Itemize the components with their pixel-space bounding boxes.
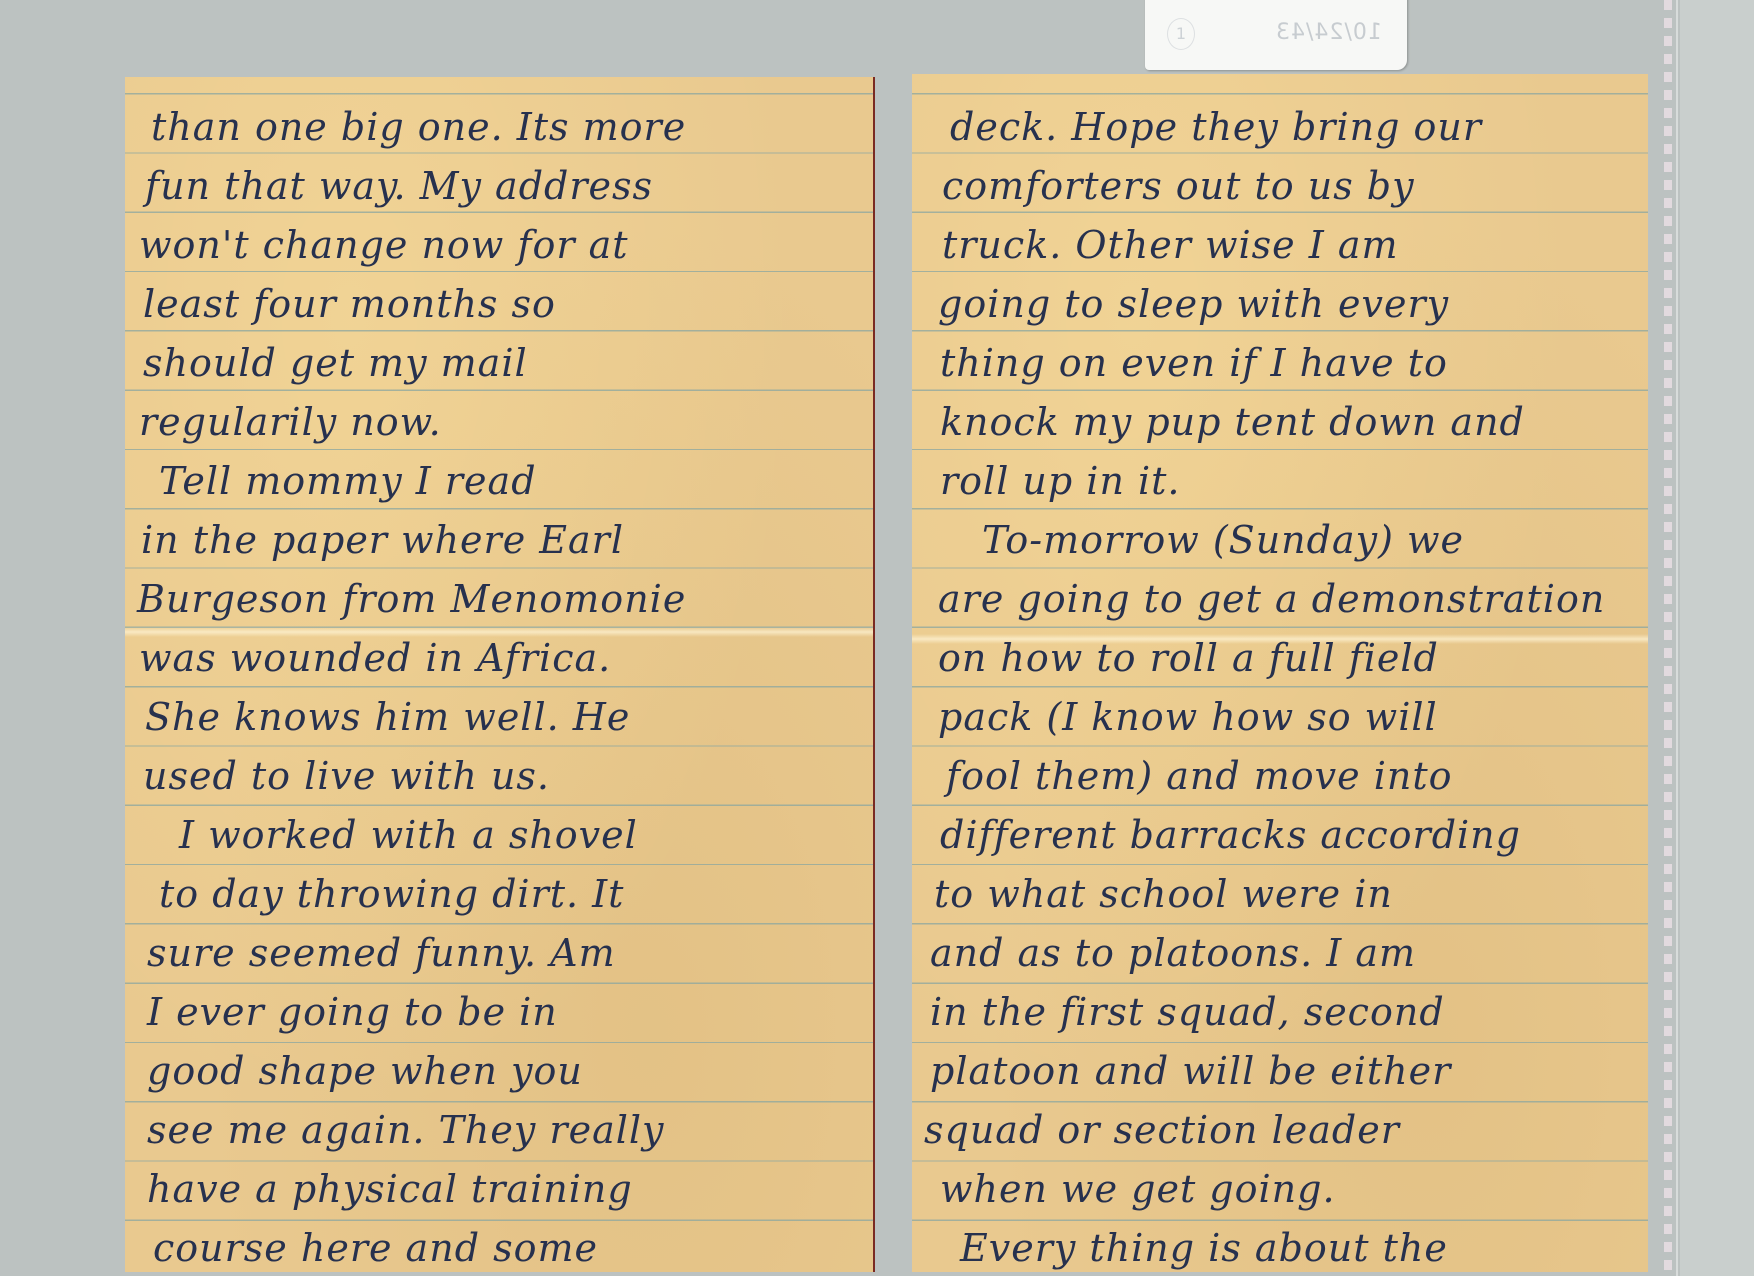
sleeve-edge bbox=[1676, 0, 1678, 1276]
letter-page-left: than one big one. Its more fun that way.… bbox=[125, 77, 875, 1272]
text-line: Tell mommy I read bbox=[159, 452, 537, 511]
text-line: deck. Hope they bring our bbox=[950, 98, 1482, 157]
text-line: I ever going to be in bbox=[147, 983, 558, 1042]
text-line: thing on even if I have to bbox=[940, 334, 1448, 393]
label-date-bleedthrough: 10/24/43 bbox=[1275, 20, 1382, 45]
text-line: see me again. They really bbox=[147, 1101, 665, 1160]
text-line: pack (I know how so will bbox=[938, 688, 1438, 747]
archive-label: 1 10/24/43 bbox=[1145, 0, 1407, 70]
handwritten-text-left: than one big one. Its more fun that way.… bbox=[125, 77, 873, 1272]
text-line: when we get going. bbox=[940, 1160, 1336, 1219]
text-line: in the paper where Earl bbox=[141, 511, 624, 570]
text-line: and as to platoons. I am bbox=[930, 924, 1416, 983]
text-line: going to sleep with every bbox=[938, 275, 1449, 334]
label-number-circle: 1 bbox=[1167, 18, 1195, 50]
sleeve-perforation bbox=[1664, 0, 1672, 1276]
text-line: comforters out to us by bbox=[942, 157, 1415, 216]
text-line: to day throwing dirt. It bbox=[159, 865, 624, 924]
text-line: truck. Other wise I am bbox=[942, 216, 1399, 275]
text-line: She knows him well. He bbox=[145, 688, 630, 747]
text-line: knock my pup tent down and bbox=[940, 393, 1525, 452]
text-line: to what school were in bbox=[934, 865, 1393, 924]
text-line: least four months so bbox=[143, 275, 556, 334]
text-line: are going to get a demonstration bbox=[938, 570, 1605, 629]
handwritten-text-right: deck. Hope they bring our comforters out… bbox=[912, 74, 1648, 1272]
text-line: To-morrow (Sunday) we bbox=[982, 511, 1464, 570]
text-line: should get my mail bbox=[143, 334, 528, 393]
text-line: than one big one. Its more bbox=[151, 98, 686, 157]
text-line: fool them) and move into bbox=[946, 747, 1452, 806]
text-line: used to live with us. bbox=[143, 747, 550, 806]
text-line: won't change now for at bbox=[139, 216, 629, 275]
text-line: have a physical training bbox=[147, 1160, 633, 1219]
text-line: Burgeson from Menomonie bbox=[137, 570, 686, 629]
text-line: Every thing is about the bbox=[960, 1219, 1448, 1272]
text-line: different barracks according bbox=[940, 806, 1521, 865]
text-line: sure seemed funny. Am bbox=[147, 924, 616, 983]
text-line: fun that way. My address bbox=[145, 157, 653, 216]
text-line: squad or section leader bbox=[924, 1101, 1400, 1160]
text-line: regularily now. bbox=[139, 393, 442, 452]
text-line: roll up in it. bbox=[940, 452, 1181, 511]
text-line: good shape when you bbox=[147, 1042, 583, 1101]
text-line: on how to roll a full field bbox=[938, 629, 1439, 688]
letter-page-right: deck. Hope they bring our comforters out… bbox=[912, 74, 1648, 1272]
text-line: course here and some bbox=[153, 1219, 598, 1272]
sleeve-margin bbox=[1680, 0, 1754, 1276]
text-line: in the first squad, second bbox=[930, 983, 1445, 1042]
text-line: was wounded in Africa. bbox=[139, 629, 611, 688]
text-line: I worked with a shovel bbox=[179, 806, 638, 865]
text-line: platoon and will be either bbox=[930, 1042, 1451, 1101]
